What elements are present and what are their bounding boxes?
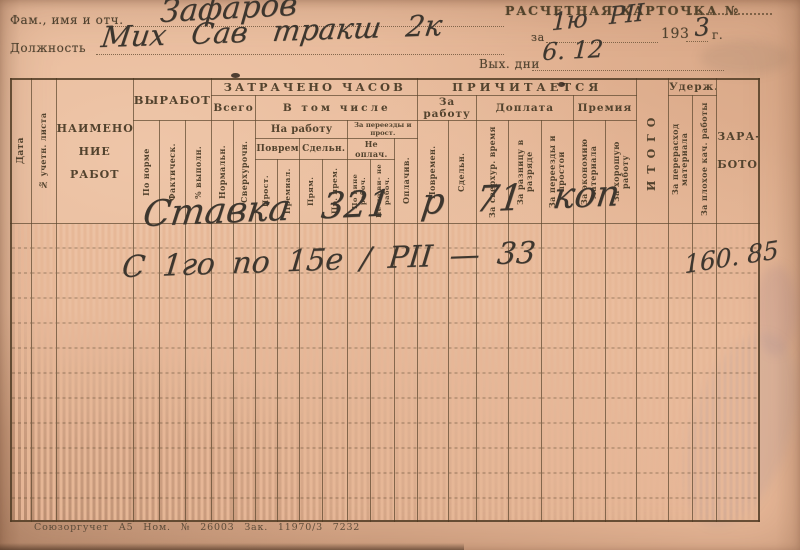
group-header-bonus: Премия — [573, 95, 636, 120]
year-suffix: г. — [712, 28, 723, 42]
paper-stain — [700, 40, 790, 75]
group-header-for-work-pay: За работу — [418, 95, 476, 120]
group-header-deductions: Удерж. — [669, 79, 717, 95]
table-body-cell — [637, 223, 669, 521]
date-label: Дата — [16, 86, 26, 216]
position-label: Должность — [10, 41, 86, 55]
group-header-due: ПРИЧИТАЕТСЯ — [418, 79, 637, 95]
position-dotted-line — [96, 54, 504, 55]
col-header-sheet-no: № учетн. листа — [31, 79, 56, 223]
col-header-work-name: НАИМЕНОВА- НИЕ РАБОТ — [56, 79, 133, 223]
payroll-card: Фам., имя и отч. Зафаров Должность Мих С… — [0, 0, 800, 550]
year-printed: 193 — [661, 26, 690, 42]
table-body-cell — [573, 223, 605, 521]
table-body-cell — [11, 223, 31, 521]
col-header-poor-quality: За плохое кач. работы — [693, 95, 717, 223]
group-header-time-based: Поврем — [256, 138, 300, 159]
poor-quality-label: За плохое кач. работы — [700, 102, 709, 216]
group-header-for-work-hours: На работу — [256, 120, 348, 138]
group-header-hours-spent: ЗАТРАЧЕНО ЧАСОВ — [211, 79, 418, 95]
total-label: ИТОГО — [646, 86, 659, 216]
group-header-unpaid: Не оплач. — [348, 138, 395, 159]
ink-blot — [231, 73, 240, 78]
table-body-cell — [31, 223, 56, 521]
year-handwritten: 3 — [693, 12, 711, 42]
payroll-table: Дата № учетн. листа НАИМЕНОВА- НИЕ РАБОТ… — [10, 78, 760, 522]
group-header-extra-pay: Доплата — [476, 95, 573, 120]
table-body-cell — [541, 223, 573, 521]
group-header-hours-total: Всего — [211, 95, 255, 120]
days-off-label: Вых. дни — [479, 57, 540, 71]
group-header-output: ВЫРАБОТКА — [133, 79, 211, 120]
col-header-total: ИТОГО — [637, 79, 669, 223]
position-handwritten: Мих Сав тракш 2к — [99, 8, 444, 54]
days-off-dotted-line — [532, 70, 724, 71]
group-header-piecework: Сдельн. — [300, 138, 348, 159]
col-header-material-overuse: За перерасход материала — [669, 95, 693, 223]
group-header-transfers-downtime: За переезды и прост. — [348, 120, 418, 138]
days-off-handwritten: 6. 12 — [542, 35, 604, 66]
col-header-earnings: ЗАРА- БОТОК — [717, 79, 759, 223]
sheet-no-label: № учетн. листа — [39, 86, 48, 216]
printer-imprint: Союзоргучет А5 Ном. № 26003 Зак. 11970/3… — [34, 522, 360, 533]
ink-blot — [558, 82, 565, 87]
material-overuse-label: За перерасход материала — [671, 102, 689, 216]
scan-edge-shadow — [0, 543, 464, 550]
group-header-including: В том числе — [256, 95, 418, 120]
col-header-date: Дата — [11, 79, 31, 223]
table-body-cell — [605, 223, 636, 521]
